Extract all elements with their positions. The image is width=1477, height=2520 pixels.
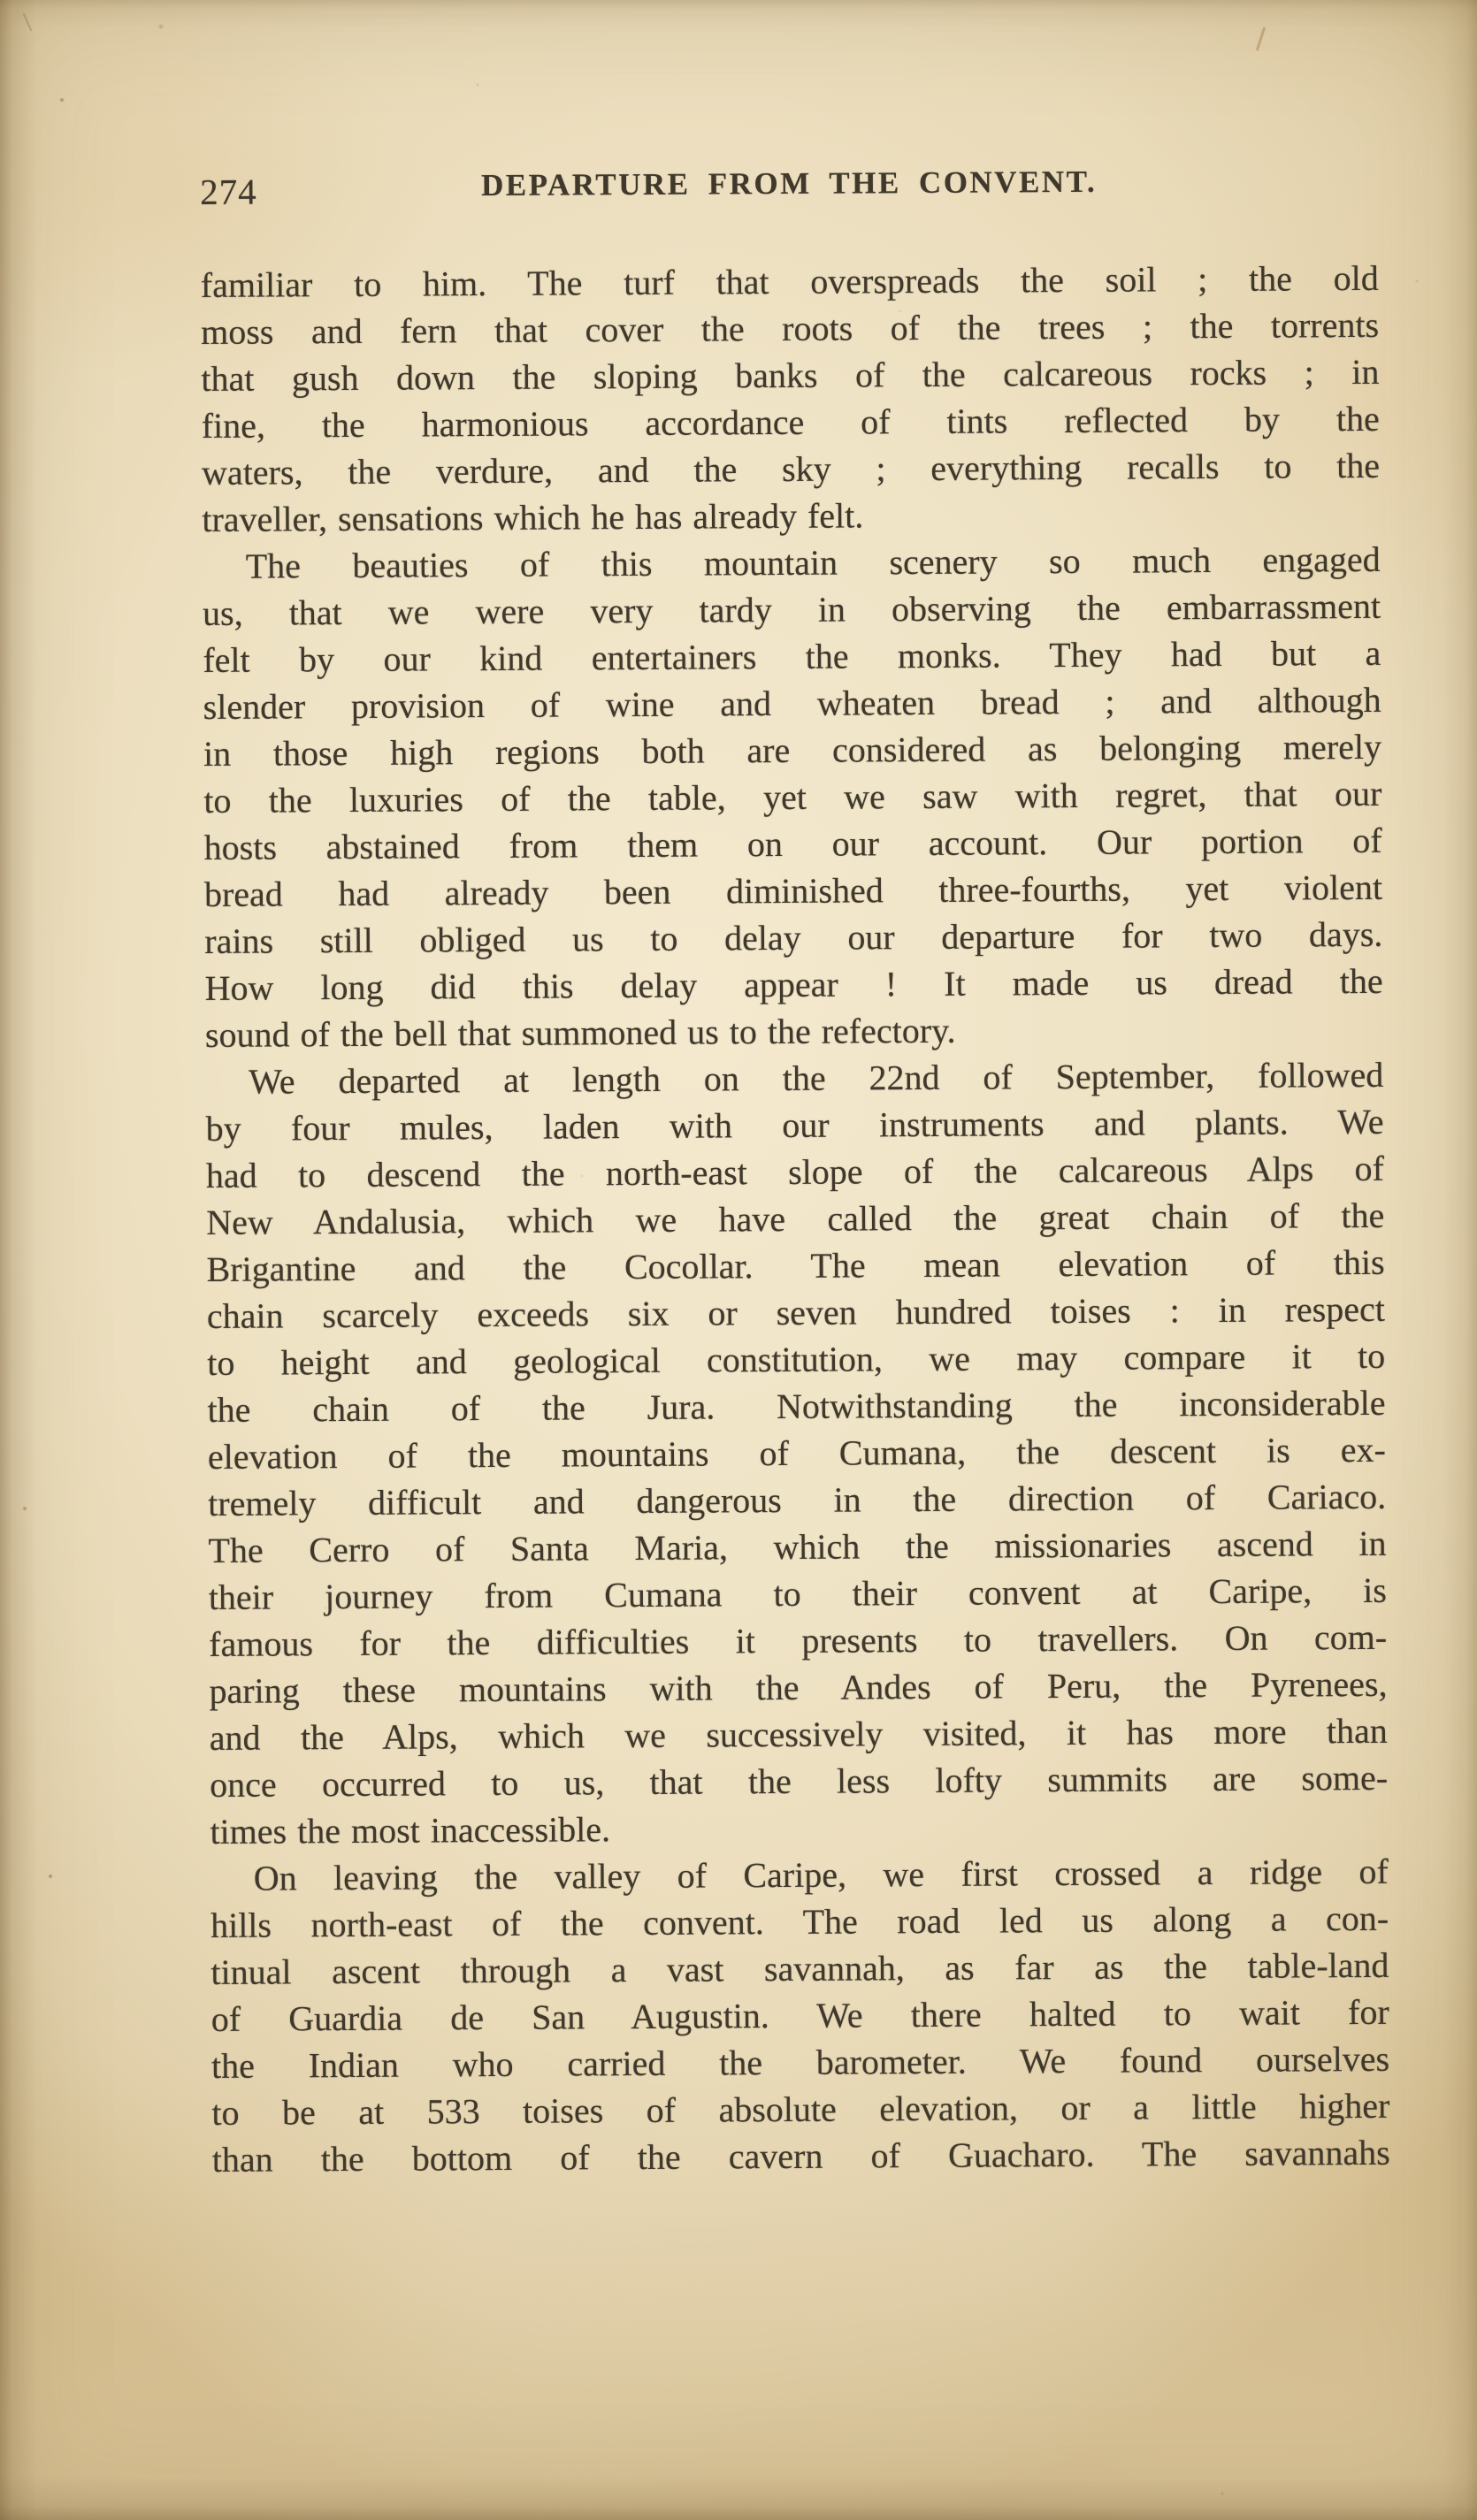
text-line: familiar to him. The turf that oversprea… bbox=[201, 255, 1379, 309]
text-line: the Indian who carried the barometer. We… bbox=[211, 2035, 1389, 2089]
paragraph: The beauties of this mountain scenery so… bbox=[203, 536, 1384, 1058]
text-line: The Cerro of Santa Maria, which the miss… bbox=[208, 1520, 1386, 1574]
text-line: paring these mountains with the Andes of… bbox=[209, 1661, 1387, 1714]
text-line: slender provision of wine and wheaten br… bbox=[203, 676, 1381, 730]
paper-scratch-mark bbox=[23, 13, 33, 32]
paragraph: familiar to him. The turf that oversprea… bbox=[201, 255, 1381, 543]
text-line: times the most inaccessible. bbox=[210, 1801, 1388, 1855]
text-line: rains still obliged us to delay our depa… bbox=[204, 911, 1382, 965]
text-line: famous for the difficulties it presents … bbox=[209, 1614, 1387, 1668]
text-line: The beauties of this mountain scenery so… bbox=[203, 536, 1381, 590]
text-line: moss and fern that cover the roots of th… bbox=[201, 302, 1379, 355]
text-line: chain scarcely exceeds six or seven hund… bbox=[207, 1286, 1385, 1340]
text-line: hosts abstained from them on our account… bbox=[204, 817, 1382, 871]
text-line: to height and geological constitution, w… bbox=[207, 1333, 1385, 1386]
text-line: How long did this delay appear ! It made… bbox=[204, 958, 1382, 1012]
text-line: On leaving the valley of Caripe, we firs… bbox=[210, 1848, 1389, 1902]
text-line: once occurred to us, that the less lofty… bbox=[210, 1754, 1388, 1808]
text-line: and the Alps, which we successively visi… bbox=[210, 1707, 1388, 1761]
text-line: elevation of the mountains of Cumana, th… bbox=[208, 1426, 1386, 1480]
text-line: traveller, sensations which he has alrea… bbox=[202, 489, 1380, 543]
page-header: 274 DEPARTURE FROM THE CONVENT. bbox=[200, 163, 1378, 210]
text-line: that gush down the sloping banks of the … bbox=[201, 348, 1379, 402]
text-line: New Andalusia, which we have called the … bbox=[206, 1192, 1384, 1246]
text-line: their journey from Cumana to their conve… bbox=[209, 1567, 1387, 1621]
text-line: us, that we were very tardy in observing… bbox=[203, 583, 1381, 637]
text-line: sound of the bell that summoned us to th… bbox=[205, 1004, 1383, 1058]
text-line: We departed at length on the 22nd of Sep… bbox=[205, 1051, 1383, 1105]
text-line: bread had already been diminished three-… bbox=[204, 864, 1382, 918]
screenshot-root: { "page": { "kind": "scanned-book-page",… bbox=[0, 0, 1477, 2520]
text-line: in those high regions both are considere… bbox=[203, 723, 1381, 777]
text-line: of Guardia de San Augustin. We there hal… bbox=[211, 1989, 1389, 2043]
paragraph: We departed at length on the 22nd of Sep… bbox=[205, 1051, 1388, 1855]
text-line: the chain of the Jura. Notwithstanding t… bbox=[207, 1379, 1385, 1433]
scanned-page: 274 DEPARTURE FROM THE CONVENT. familiar… bbox=[0, 0, 1477, 2520]
text-line: by four mules, laden with our instrument… bbox=[205, 1098, 1383, 1152]
text-column: 274 DEPARTURE FROM THE CONVENT. familiar… bbox=[200, 163, 1390, 2183]
page-text: familiar to him. The turf that oversprea… bbox=[201, 255, 1390, 2183]
page-number: 274 bbox=[200, 171, 257, 213]
text-line: waters, the verdure, and the sky ; every… bbox=[202, 442, 1380, 496]
text-line: Brigantine and the Cocollar. The mean el… bbox=[206, 1239, 1384, 1293]
text-line: than the bottom of the cavern of Guachar… bbox=[212, 2129, 1390, 2183]
text-line: tremely difficult and dangerous in the d… bbox=[208, 1473, 1386, 1527]
text-line: to be at 533 toises of absolute elevatio… bbox=[211, 2082, 1389, 2136]
paper-scratch-mark bbox=[1256, 27, 1267, 51]
text-line: to the luxuries of the table, yet we saw… bbox=[203, 770, 1381, 824]
text-line: hills north-east of the convent. The roa… bbox=[210, 1895, 1389, 1949]
paragraph: On leaving the valley of Caripe, we firs… bbox=[210, 1848, 1390, 2183]
running-title: DEPARTURE FROM THE CONVENT. bbox=[481, 164, 1097, 202]
text-line: had to descend the north-east slope of t… bbox=[206, 1145, 1384, 1199]
text-line: tinual ascent through a vast savannah, a… bbox=[210, 1942, 1389, 1996]
text-line: fine, the harmonious accordance of tints… bbox=[202, 395, 1380, 449]
text-line: felt by our kind entertainers the monks.… bbox=[203, 630, 1381, 683]
